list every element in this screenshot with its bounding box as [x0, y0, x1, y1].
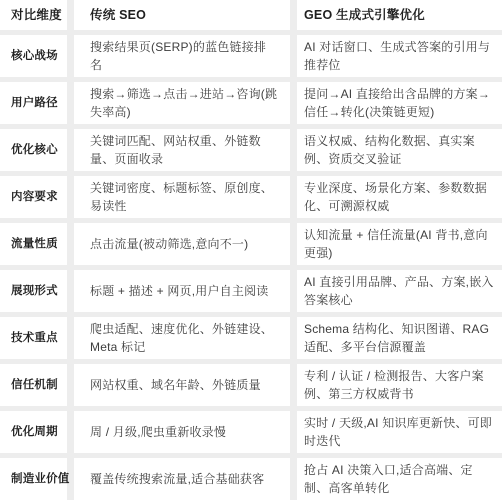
seo-cell: 关键词匹配、网站权重、外链数量、页面收录 — [74, 129, 290, 171]
geo-cell: AI 对话窗口、生成式答案的引用与推荐位 — [297, 35, 502, 77]
seo-cell: 搜索结果页(SERP)的蓝色链接排名 — [74, 35, 290, 77]
geo-cell: 语义权威、结构化数据、真实案例、资质交叉验证 — [297, 129, 502, 171]
seo-cell: 标题 + 描述 + 网页,用户自主阅读 — [74, 270, 290, 312]
row-label-cell: 制造业价值 — [0, 458, 67, 500]
geo-cell: Schema 结构化、知识图谱、RAG 适配、多平台信源覆盖 — [297, 317, 502, 359]
comparison-table-page: 对比维度 传统 SEO GEO 生成式引擎优化 核心战场 搜索结果页(SERP)… — [0, 0, 502, 500]
seo-cell: 覆盖传统搜索流量,适合基础获客 — [74, 458, 290, 500]
header-cell-traditional-seo: 传统 SEO — [74, 0, 290, 30]
header-cell-dimension: 对比维度 — [0, 0, 67, 30]
geo-cell: 专业深度、场景化方案、参数数据化、可溯源权威 — [297, 176, 502, 218]
seo-cell: 周 / 月级,爬虫重新收录慢 — [74, 411, 290, 453]
header-cell-geo: GEO 生成式引擎优化 — [297, 0, 502, 30]
row-label-cell: 核心战场 — [0, 35, 67, 77]
geo-cell: 专利 / 认证 / 检测报告、大客户案例、第三方权威背书 — [297, 364, 502, 406]
geo-cell: AI 直接引用品牌、产品、方案,嵌入答案核心 — [297, 270, 502, 312]
geo-cell: 实时 / 天级,AI 知识库更新快、可即时迭代 — [297, 411, 502, 453]
row-label-cell: 优化核心 — [0, 129, 67, 171]
row-label-cell: 展现形式 — [0, 270, 67, 312]
seo-cell: 爬虫适配、速度优化、外链建设、Meta 标记 — [74, 317, 290, 359]
row-label-cell: 用户路径 — [0, 82, 67, 124]
row-label-cell: 优化周期 — [0, 411, 67, 453]
row-label-cell: 技术重点 — [0, 317, 67, 359]
seo-cell: 搜索→筛选→点击→进站→咨询(跳失率高) — [74, 82, 290, 124]
row-label-cell: 内容要求 — [0, 176, 67, 218]
seo-cell: 关键词密度、标题标签、原创度、易读性 — [74, 176, 290, 218]
seo-cell: 网站权重、域名年龄、外链质量 — [74, 364, 290, 406]
seo-cell: 点击流量(被动筛选,意向不一) — [74, 223, 290, 265]
row-label-cell: 流量性质 — [0, 223, 67, 265]
geo-cell: 抢占 AI 决策入口,适合高端、定制、高客单转化 — [297, 458, 502, 500]
row-label-cell: 信任机制 — [0, 364, 67, 406]
geo-cell: 认知流量 + 信任流量(AI 背书,意向更强) — [297, 223, 502, 265]
geo-cell: 提问→AI 直接给出含品牌的方案→信任→转化(决策链更短) — [297, 82, 502, 124]
seo-geo-comparison-table: 对比维度 传统 SEO GEO 生成式引擎优化 核心战场 搜索结果页(SERP)… — [0, 0, 502, 500]
